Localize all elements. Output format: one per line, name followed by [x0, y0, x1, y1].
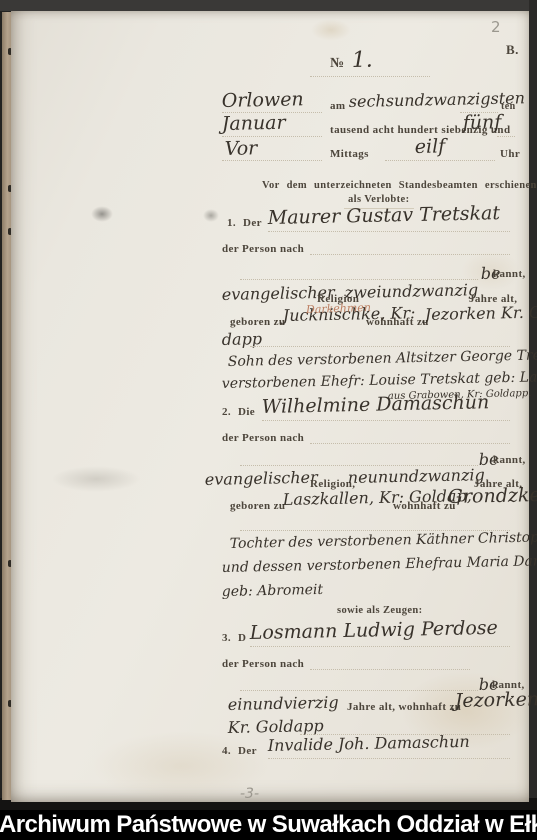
hour-word-handwritten: eilf [415, 135, 446, 158]
year-word-handwritten: fünf [463, 111, 502, 134]
paper-stain [311, 19, 351, 41]
time-prefix-handwritten: Vor [225, 137, 258, 160]
scanned-registry-page: 2 B. № 1. Orlowen am sechsundzwanzigsten… [0, 0, 537, 840]
book-binding-edge [2, 12, 11, 800]
printed-mittags: Mittags [330, 148, 369, 160]
printed-uhr: Uhr [500, 148, 520, 160]
bride-residence-handwritten: Grondzken [448, 484, 537, 508]
witness1-index: 3. [222, 632, 231, 644]
form-letter-b: B. [506, 42, 519, 58]
groom-age-handwritten: zweiundzwanzig [345, 280, 479, 302]
groom-born-printed: geboren zu [230, 316, 285, 328]
bride-born-printed: geboren zu [230, 500, 285, 512]
archive-banner-text: Archiwum Państwowe w Suwałkach Oddział w… [0, 811, 537, 839]
bride-known-printed: kannt, [493, 454, 526, 466]
bride-religion-handwritten: evangelischer [205, 468, 318, 489]
record-number-symbol: № [330, 56, 344, 72]
bride-wohnhaft-printed: wohnhaft zu [393, 500, 456, 512]
bride-age-handwritten: neunundzwanzig [348, 465, 485, 487]
witness1-age-handwritten: einundvierzig [228, 693, 339, 714]
day-word-handwritten: sechsundzwanzigsten [349, 88, 526, 111]
record-number-value: 1. [351, 48, 373, 73]
witness2-index: 4. [222, 745, 231, 757]
archive-watermark-banner: Archiwum Państwowe w Suwałkach Oddział w… [0, 810, 537, 840]
groom-known-printed: kannt, [493, 268, 526, 280]
witness1-age-printed: Jahre alt, wohnhaft zu [347, 701, 461, 713]
smudge [51, 466, 141, 492]
intro-line1: Vor dem unterzeichneten Standesbeamten e… [262, 180, 537, 191]
witness1-person-nach: der Person nach [222, 658, 304, 670]
groom-index: 1. [227, 217, 236, 229]
scan-top-border [0, 0, 537, 11]
bride-article: Die [238, 406, 255, 418]
bride-person-nach: der Person nach [222, 432, 304, 444]
witness2-article: Der [238, 745, 257, 757]
ink-smudge [203, 209, 219, 222]
witness1-residence-handwritten: Jezorken [455, 688, 537, 712]
groom-wohnhaft-printed: wohnhaft zu [366, 316, 429, 328]
ink-smudge [91, 206, 113, 222]
groom-article: Der [243, 217, 262, 229]
witness1-article: D [238, 632, 246, 644]
bride-parents-line3: geb: Abromeit [222, 582, 324, 600]
place-name-handwritten: Orlowen [222, 88, 304, 112]
month-handwritten: Januar [222, 112, 286, 135]
printed-ten: ten [501, 101, 516, 112]
red-ink-correction: Darkehmen [306, 301, 371, 316]
pencil-page-number-bottom: -3- [240, 786, 259, 802]
printed-am: am [330, 100, 345, 112]
pencil-page-number-top: 2 [491, 18, 501, 36]
bride-index: 2. [222, 406, 231, 418]
groom-person-nach: der Person nach [222, 243, 304, 255]
groom-residence-handwritten: Jezorken Kr. Gol- [425, 302, 537, 324]
witness-header: sowie als Zeugen: [337, 605, 423, 616]
